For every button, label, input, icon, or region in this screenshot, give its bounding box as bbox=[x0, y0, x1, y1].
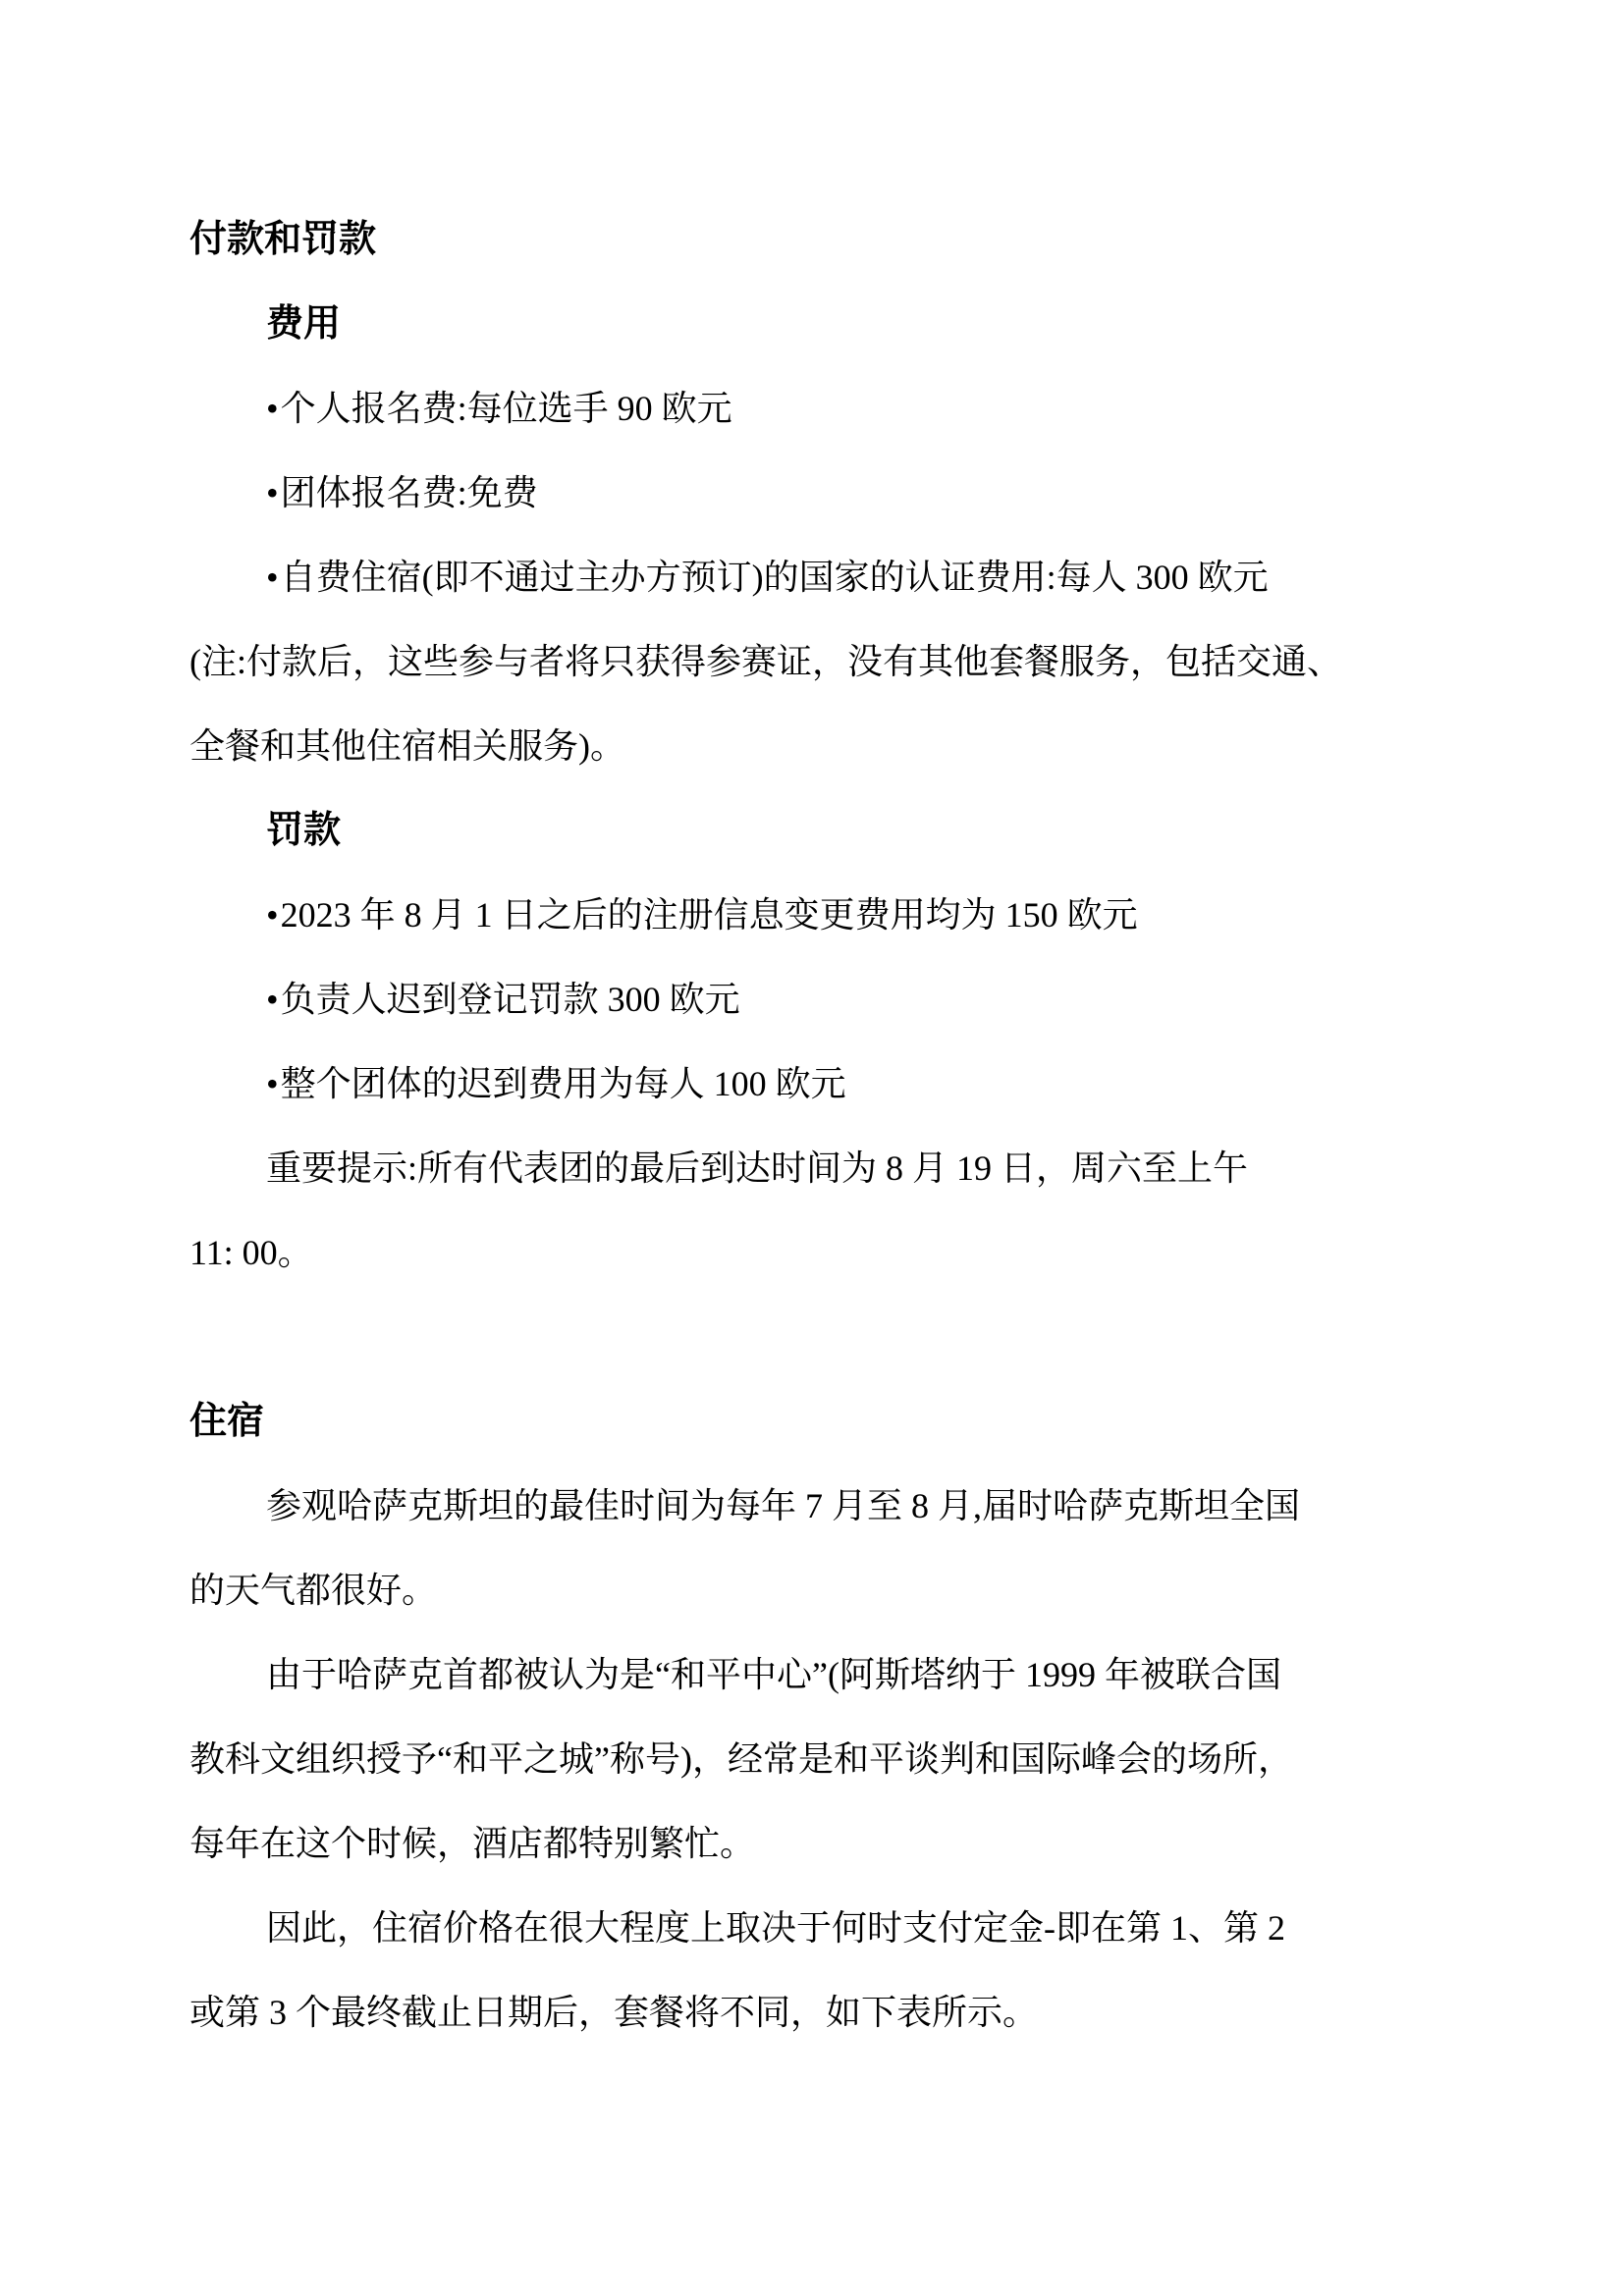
line-text: 2023 年 8 月 1 日之后的注册信息变更费用均为 150 欧元 bbox=[281, 897, 1138, 933]
line-text: 全餐和其他住宿相关服务)。 bbox=[189, 728, 625, 764]
text-line: 每年在这个时候，酒店都特别繁忙。 bbox=[189, 1801, 1444, 1886]
bullet-icon: • bbox=[266, 391, 279, 426]
bullet-icon: • bbox=[266, 560, 279, 595]
line-text: 的天气都很好。 bbox=[189, 1573, 437, 1608]
bullet-icon: • bbox=[266, 982, 279, 1017]
document-content: 付款和罚款费用•个人报名费:每位选手 90 欧元•团体报名费:免费•自费住宿(即… bbox=[189, 197, 1444, 2055]
bullet-icon: • bbox=[266, 897, 279, 933]
section-heading: 住宿 bbox=[189, 1379, 1444, 1464]
text-line: 因此，住宿价格在很大程度上取决于何时支付定金-即在第 1、第 2 bbox=[189, 1886, 1444, 1970]
line-text: 由于哈萨克首都被认为是“和平中心”(阿斯塔纳于 1999 年被联合国 bbox=[266, 1657, 1281, 1692]
bullet-list-item: •负责人迟到登记罚款 300 欧元 bbox=[189, 957, 1444, 1041]
line-text: 11: 00。 bbox=[189, 1235, 313, 1270]
line-text: 住宿 bbox=[189, 1403, 264, 1440]
line-text: 参观哈萨克斯坦的最佳时间为每年 7 月至 8 月,届时哈萨克斯坦全国 bbox=[266, 1488, 1300, 1523]
line-text: 付款和罚款 bbox=[189, 221, 376, 258]
bullet-icon: • bbox=[266, 1066, 279, 1101]
blank-line bbox=[189, 1295, 1444, 1379]
line-text: 每年在这个时候，酒店都特别繁忙。 bbox=[189, 1826, 755, 1861]
line-text: 重要提示:所有代表团的最后到达时间为 8 月 19 日，周六至上午 bbox=[266, 1150, 1248, 1186]
text-line: (注:付款后，这些参与者将只获得参赛证，没有其他套餐服务，包括交通、 bbox=[189, 619, 1444, 704]
line-text: (注:付款后，这些参与者将只获得参赛证，没有其他套餐服务，包括交通、 bbox=[189, 644, 1342, 679]
text-line: 参观哈萨克斯坦的最佳时间为每年 7 月至 8 月,届时哈萨克斯坦全国 bbox=[189, 1464, 1444, 1548]
bullet-list-item: •整个团体的迟到费用为每人 100 欧元 bbox=[189, 1041, 1444, 1126]
section-heading: 付款和罚款 bbox=[189, 197, 1444, 282]
line-text: 个人报名费:每位选手 90 欧元 bbox=[281, 391, 732, 426]
text-line: 的天气都很好。 bbox=[189, 1548, 1444, 1632]
line-text: 因此，住宿价格在很大程度上取决于何时支付定金-即在第 1、第 2 bbox=[266, 1910, 1285, 1946]
line-text: 教科文组织授予“和平之城”称号)，经常是和平谈判和国际峰会的场所， bbox=[189, 1741, 1293, 1777]
line-text: 费用 bbox=[266, 305, 341, 343]
bullet-list-item: •团体报名费:免费 bbox=[189, 451, 1444, 535]
line-text: 罚款 bbox=[266, 812, 341, 849]
document-page: 付款和罚款费用•个人报名费:每位选手 90 欧元•团体报名费:免费•自费住宿(即… bbox=[0, 0, 1624, 2296]
line-text: 团体报名费:免费 bbox=[281, 475, 538, 510]
text-line: 重要提示:所有代表团的最后到达时间为 8 月 19 日，周六至上午 bbox=[189, 1126, 1444, 1210]
section-heading: 罚款 bbox=[189, 788, 1444, 873]
bullet-icon: • bbox=[266, 475, 279, 510]
text-line: 教科文组织授予“和平之城”称号)，经常是和平谈判和国际峰会的场所， bbox=[189, 1717, 1444, 1801]
bullet-list-item: •2023 年 8 月 1 日之后的注册信息变更费用均为 150 欧元 bbox=[189, 873, 1444, 957]
line-text: 整个团体的迟到费用为每人 100 欧元 bbox=[281, 1066, 846, 1101]
text-line: 11: 00。 bbox=[189, 1210, 1444, 1295]
line-text: 负责人迟到登记罚款 300 欧元 bbox=[281, 982, 740, 1017]
text-line: 由于哈萨克首都被认为是“和平中心”(阿斯塔纳于 1999 年被联合国 bbox=[189, 1632, 1444, 1717]
section-heading: 费用 bbox=[189, 282, 1444, 366]
text-line: 全餐和其他住宿相关服务)。 bbox=[189, 704, 1444, 788]
bullet-list-item: •自费住宿(即不通过主办方预订)的国家的认证费用:每人 300 欧元 bbox=[189, 535, 1444, 619]
line-text: 或第 3 个最终截止日期后，套餐将不同，如下表所示。 bbox=[189, 1995, 1038, 2030]
text-line: 或第 3 个最终截止日期后，套餐将不同，如下表所示。 bbox=[189, 1970, 1444, 2055]
bullet-list-item: •个人报名费:每位选手 90 欧元 bbox=[189, 366, 1444, 451]
line-text: 自费住宿(即不通过主办方预订)的国家的认证费用:每人 300 欧元 bbox=[281, 560, 1269, 595]
